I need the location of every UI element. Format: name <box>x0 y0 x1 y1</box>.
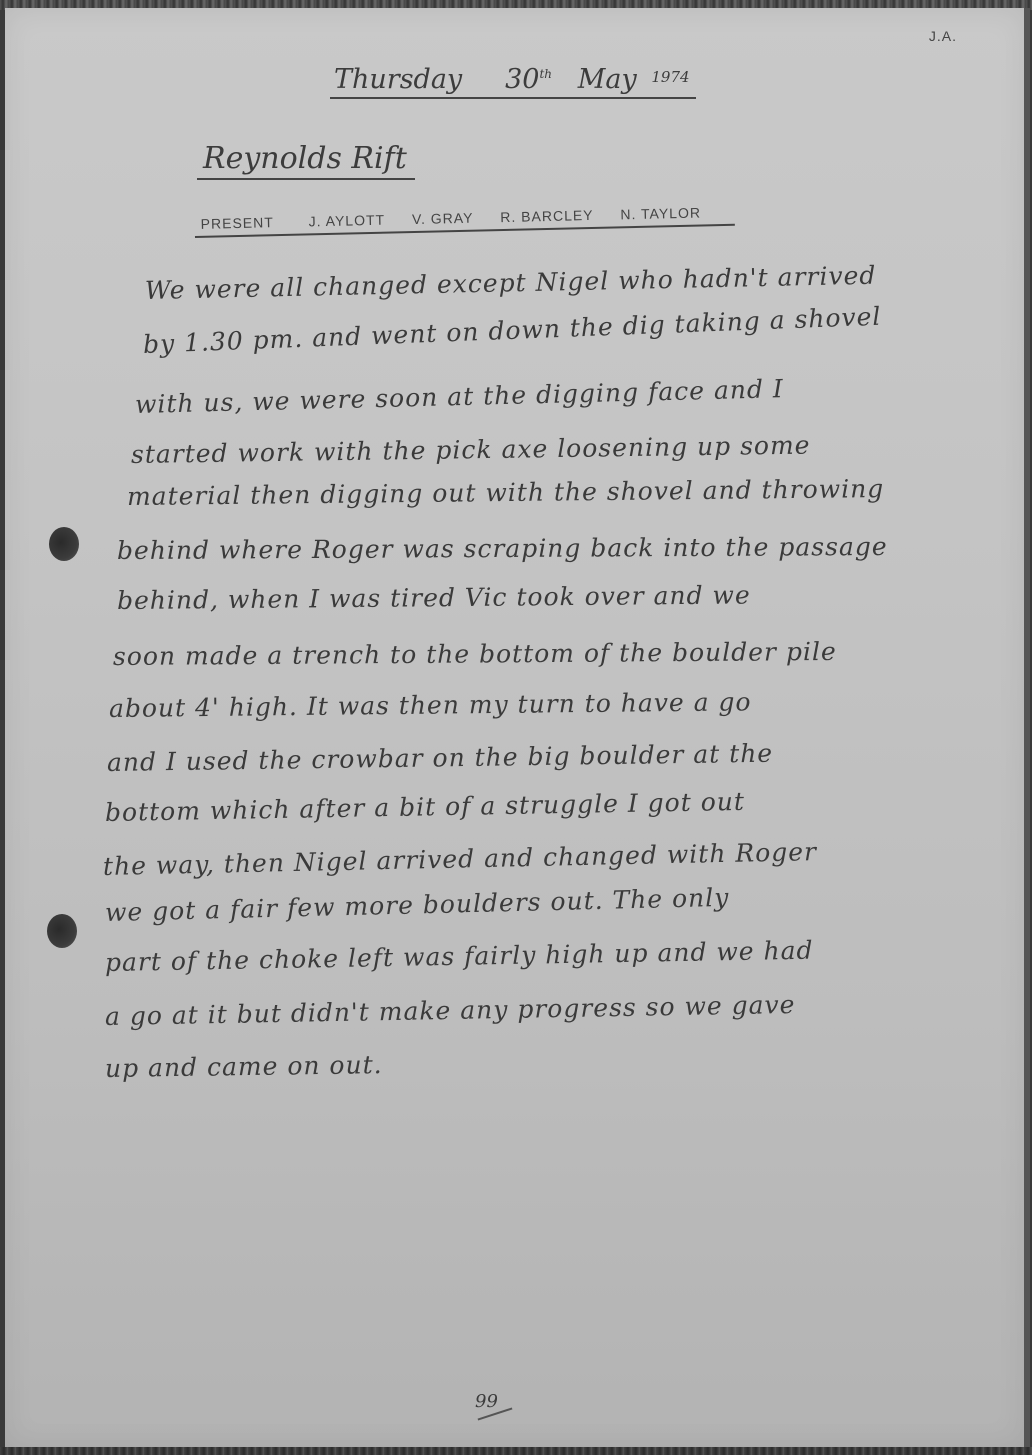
attendee-name: N. TAYLOR <box>620 205 701 223</box>
date-year: 1974 <box>651 68 689 86</box>
body-line: We were all changed except Nigel who had… <box>145 261 877 305</box>
body-line: about 4' high. It was then my turn to ha… <box>109 687 752 723</box>
attendee-name: V. GRAY <box>412 210 474 227</box>
entry-date: Thursday 30th May 1974 <box>330 64 696 99</box>
body-line: started work with the pick axe loosening… <box>131 431 811 469</box>
body-line: soon made a trench to the bottom of the … <box>113 637 837 671</box>
paper-sheet: J.A. Thursday 30th May 1974 Reynolds Rif… <box>5 8 1025 1448</box>
attendee-name: J. AYLOTT <box>308 212 385 230</box>
body-line: up and came on out. <box>105 1050 383 1083</box>
date-day: 30 <box>505 64 539 95</box>
attendee-name: R. BARCLEY <box>500 207 594 225</box>
scan-edge-bottom <box>0 1447 1032 1455</box>
author-initials: J.A. <box>929 28 957 44</box>
scanned-page: J.A. Thursday 30th May 1974 Reynolds Rif… <box>0 0 1032 1455</box>
body-line: and I used the crowbar on the big boulde… <box>107 739 774 777</box>
body-line: part of the choke left was fairly high u… <box>105 936 814 977</box>
date-day-suffix: th <box>539 67 552 81</box>
body-line: material then digging out with the shove… <box>127 474 885 511</box>
body-line: bottom which after a bit of a struggle I… <box>105 787 745 827</box>
body-line: by 1.30 pm. and went on down the dig tak… <box>142 302 881 359</box>
present-attendees: PRESENT J. AYLOTT V. GRAY R. BARCLEY N. … <box>195 204 736 238</box>
body-line: the way, then Nigel arrived and changed … <box>103 837 818 881</box>
date-month: May <box>578 64 637 95</box>
body-line: we got a fair few more boulders out. The… <box>105 883 730 927</box>
page-number: 99 <box>475 1391 498 1412</box>
punch-hole <box>49 527 79 561</box>
body-line: a go at it but didn't make any progress … <box>105 990 796 1031</box>
date-weekday: Thursday <box>334 64 462 95</box>
punch-hole <box>47 914 77 948</box>
present-label: PRESENT <box>200 214 273 232</box>
body-line: with us, we were soon at the digging fac… <box>135 374 784 419</box>
body-line: behind where Roger was scraping back int… <box>117 532 888 565</box>
site-title: Reynolds Rift <box>197 141 415 180</box>
body-line: behind, when I was tired Vic took over a… <box>117 580 751 615</box>
